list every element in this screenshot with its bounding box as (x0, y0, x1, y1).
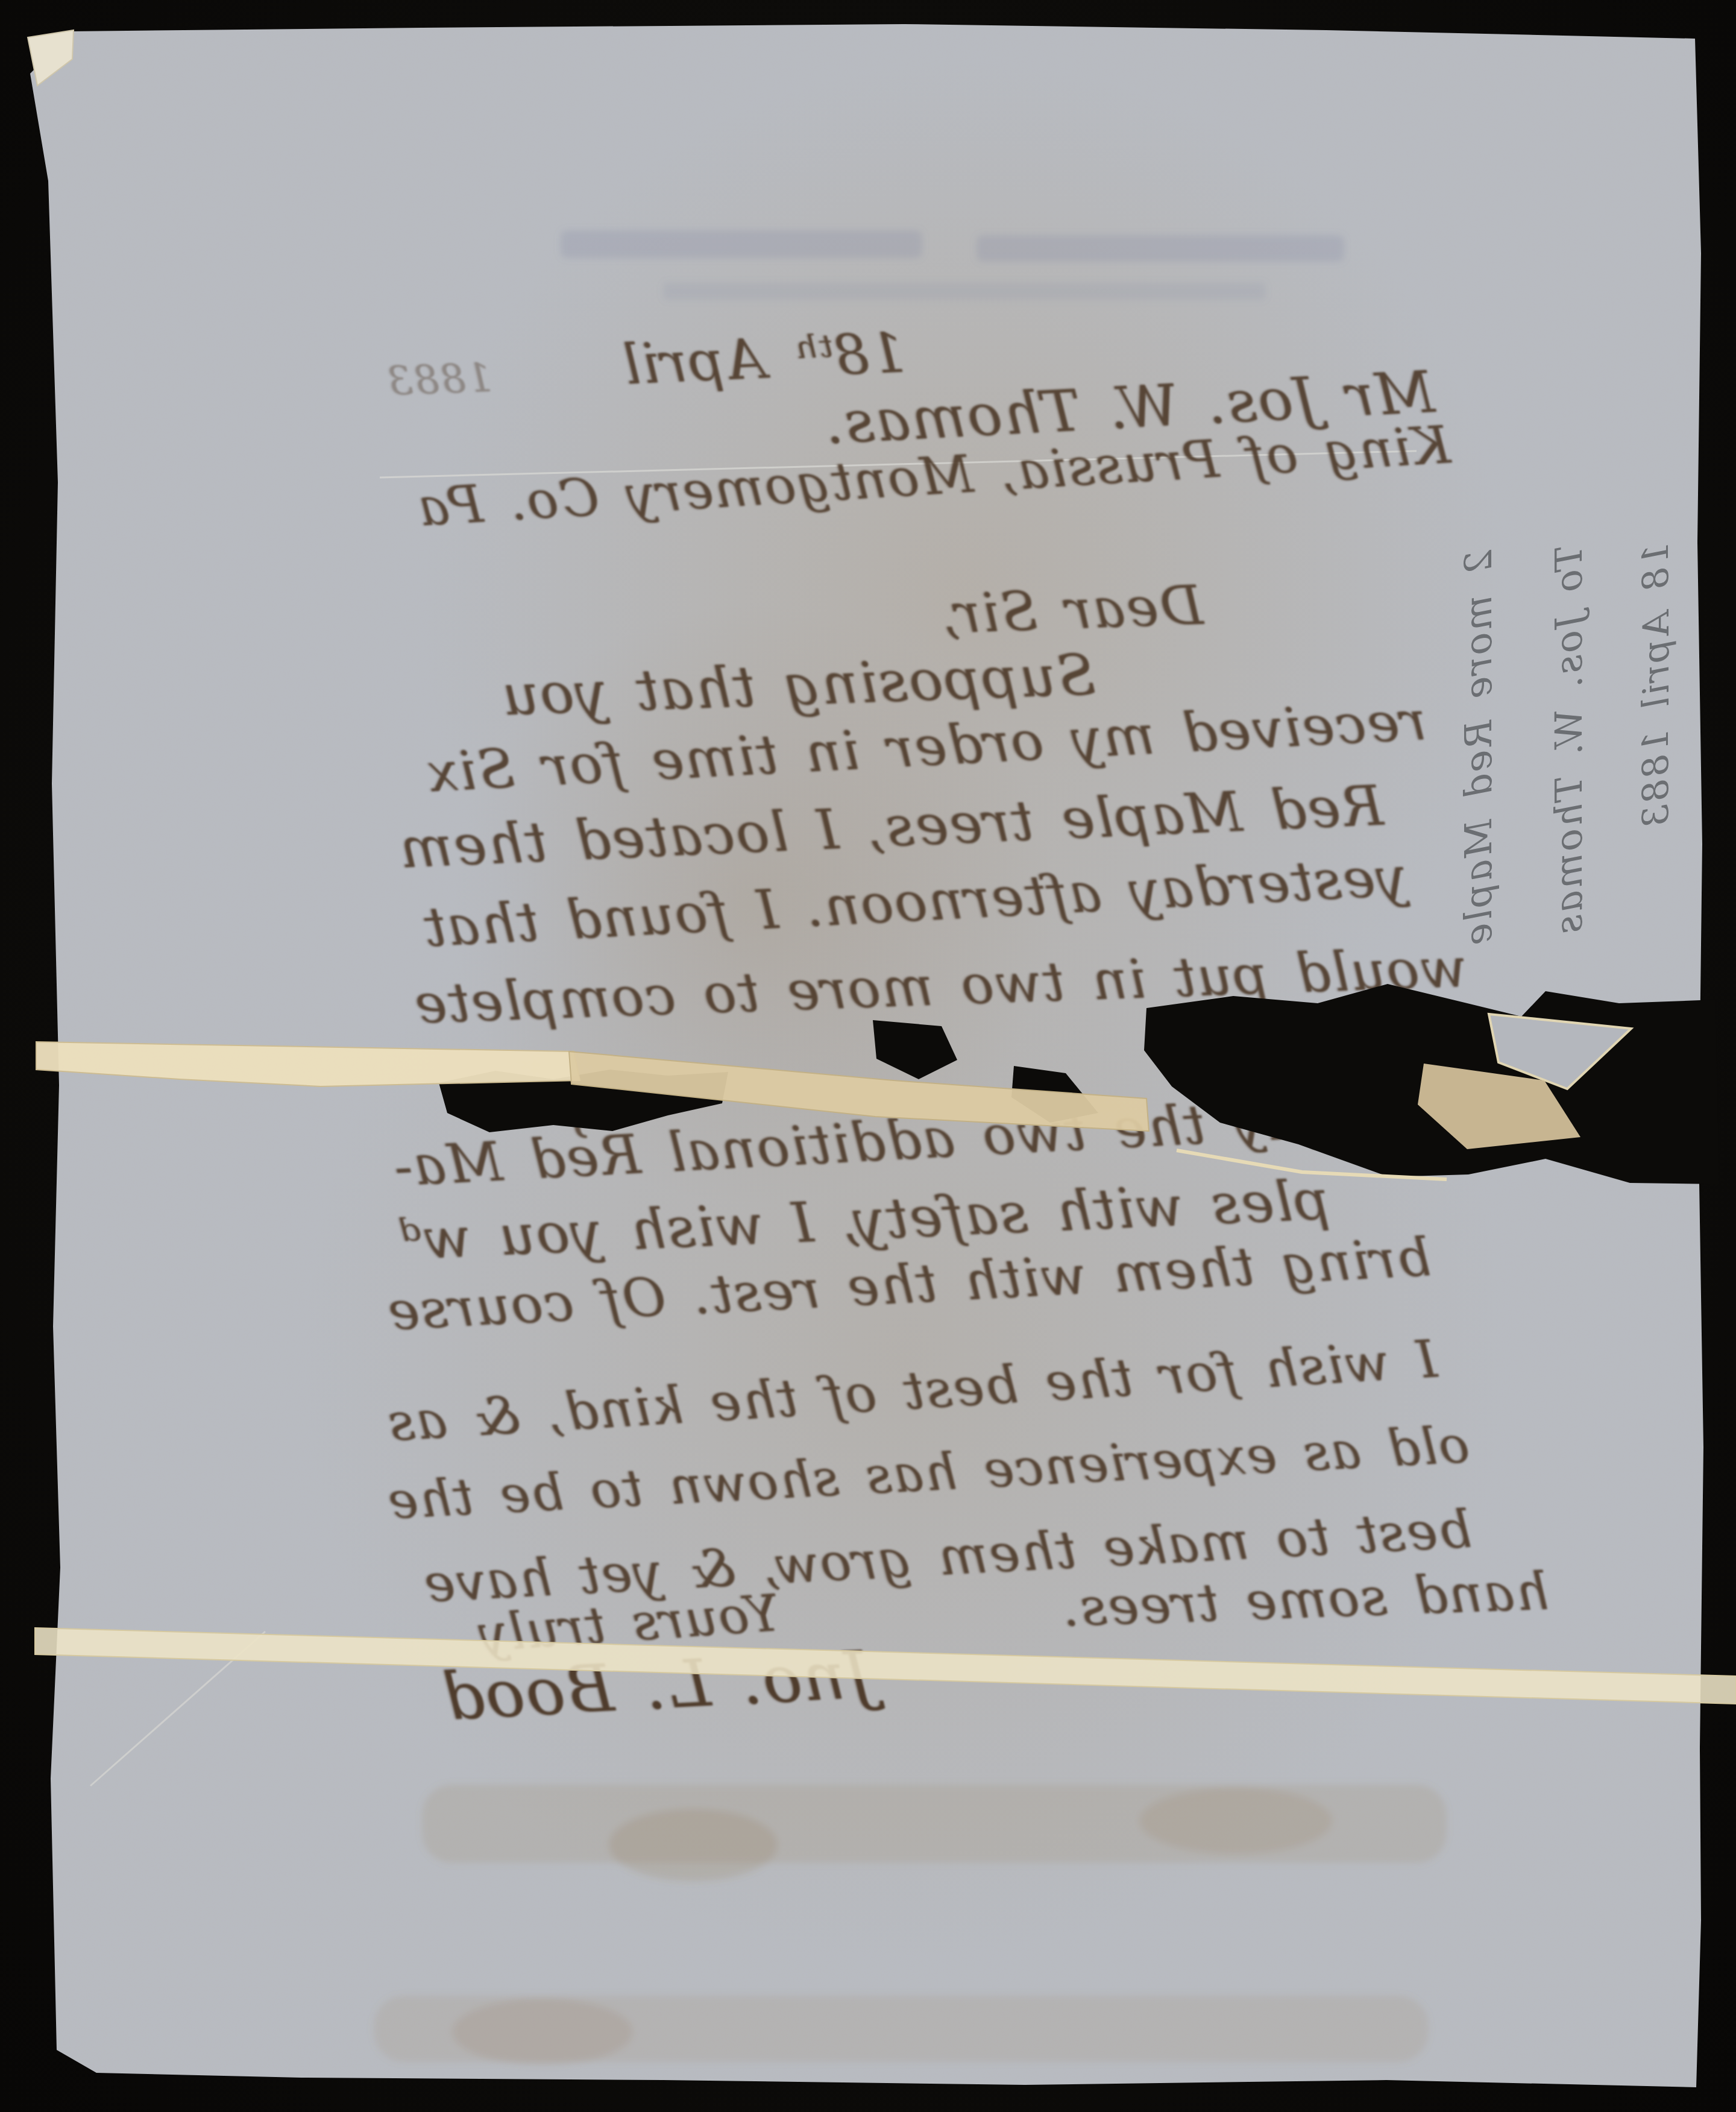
letter-date: 18ᵗʰ April (621, 325, 907, 392)
pencil-archival-note-name: To Jos. W. Thomas (1550, 546, 1599, 1004)
letter-signature: Jno. L. Bood (440, 1643, 874, 1730)
letter-year: 1883 (386, 358, 493, 402)
letter-salutation: Dear Sir, (940, 579, 1204, 642)
letter-body-line: would put in two more to complete (413, 941, 1468, 1032)
handwriting-layer: 1883 18ᵗʰ April Mr Jos. W. Thomas. King … (0, 0, 1736, 2112)
scanned-letter-photograph: { "document_kind": "verso of a torn hand… (0, 0, 1736, 2112)
letter-body-line: hand some trees. (1061, 1566, 1550, 1634)
pencil-archival-note-date: 18 April 1883 (1638, 543, 1687, 1001)
pencil-archival-note-subject: 2 more Red Maple (1460, 550, 1508, 1008)
